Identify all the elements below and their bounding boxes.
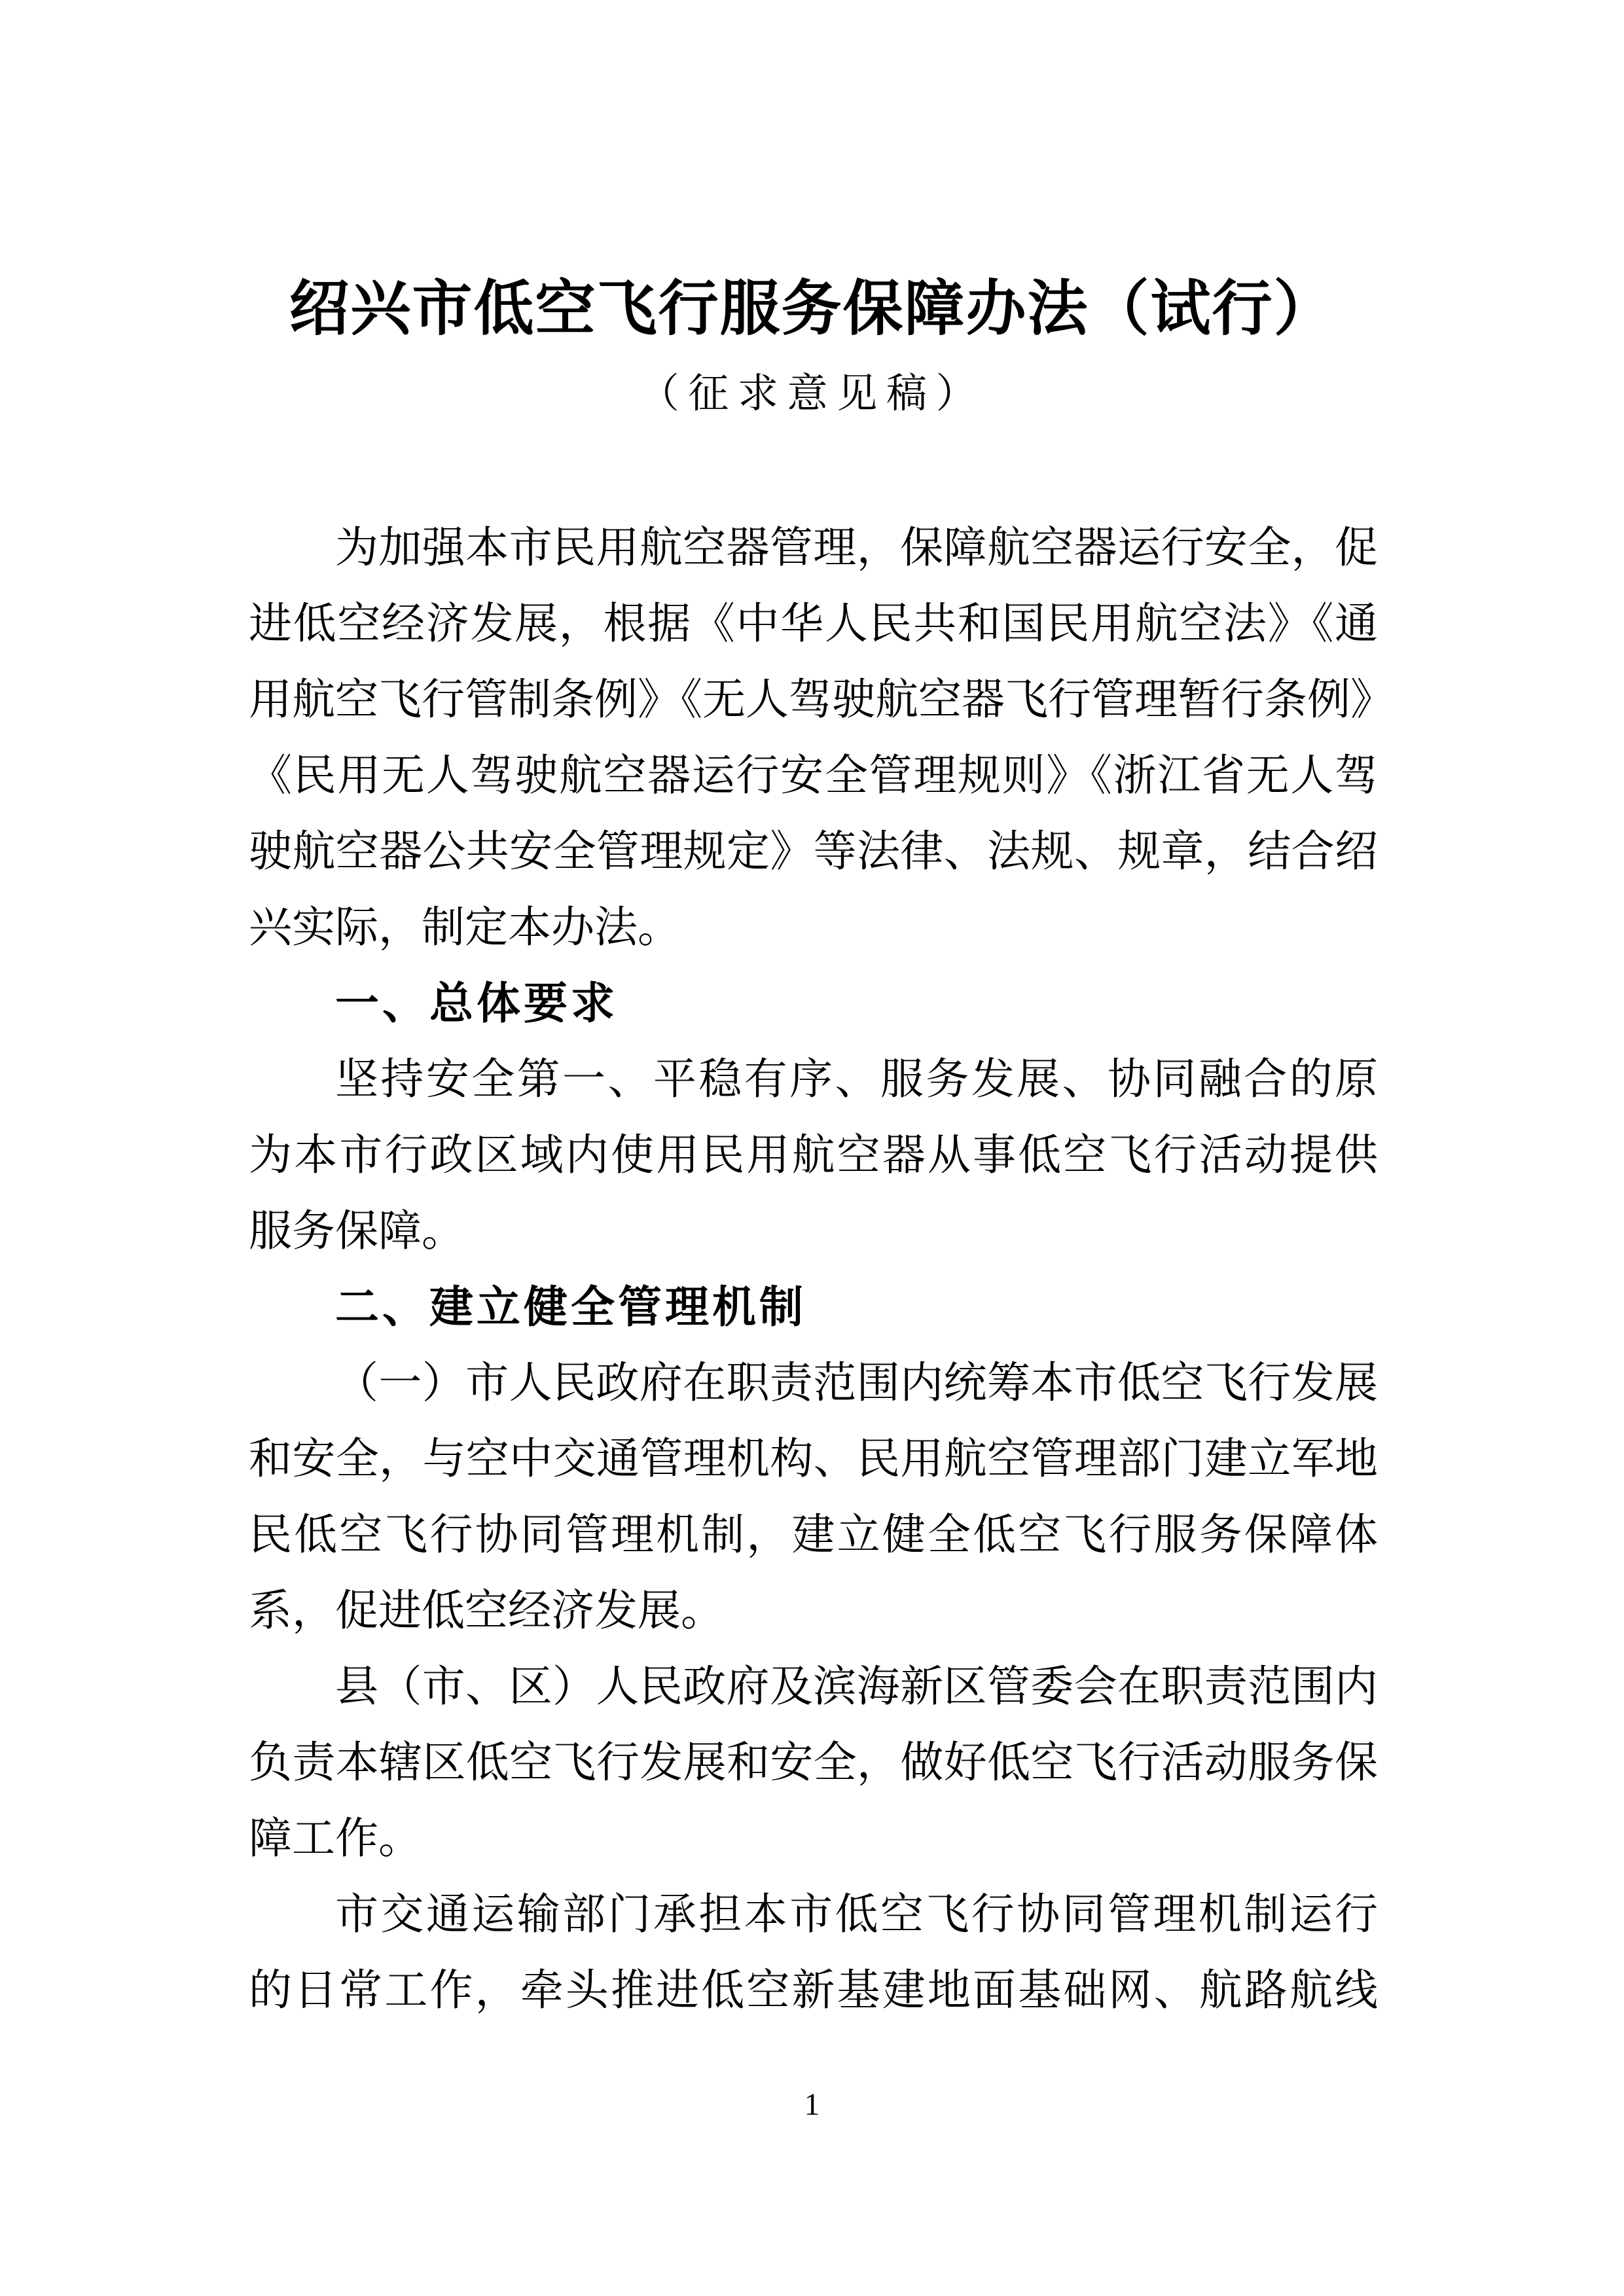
- document-title: 绍兴市低空飞行服务保障办法（试行）: [0, 270, 1624, 348]
- body-line: 的日常工作，牵头推进低空新基建地面基础网、航路航线网、: [249, 1953, 1378, 2029]
- body-line: 障工作。: [249, 1801, 1378, 1877]
- section-heading: 一、总体要求: [249, 966, 1378, 1042]
- body-line: 兴实际，制定本办法。: [249, 890, 1378, 966]
- document-body: 为加强本市民用航空器管理，保障航空器运行安全，促 进低空经济发展，根据《中华人民…: [249, 511, 1378, 2029]
- body-line: 和安全，与空中交通管理机构、民用航空管理部门建立军地: [249, 1422, 1378, 1498]
- body-line: 民低空飞行协同管理机制，建立健全低空飞行服务保障体: [249, 1498, 1378, 1573]
- body-line: 驶航空器公共安全管理规定》等法律、法规、规章，结合绍: [249, 814, 1378, 890]
- body-line: 进低空经济发展，根据《中华人民共和国民用航空法》《通: [249, 586, 1378, 662]
- body-line: 为本市行政区域内使用民用航空器从事低空飞行活动提供: [249, 1118, 1378, 1194]
- body-line: 为加强本市民用航空器管理，保障航空器运行安全，促: [249, 511, 1378, 586]
- body-line: 市交通运输部门承担本市低空飞行协同管理机制运行: [249, 1877, 1378, 1953]
- document-subtitle: （征求意见稿）: [0, 361, 1624, 427]
- body-line: 系，促进低空经济发展。: [249, 1573, 1378, 1649]
- body-line: 负责本辖区低空飞行发展和安全，做好低空飞行活动服务保: [249, 1725, 1378, 1801]
- document-page: 绍兴市低空飞行服务保障办法（试行） （征求意见稿） 为加强本市民用航空器管理，保…: [0, 0, 1624, 2296]
- body-line: 县（市、区）人民政府及滨海新区管委会在职责范围内: [249, 1649, 1378, 1725]
- body-line: （一）市人民政府在职责范围内统筹本市低空飞行发展: [249, 1346, 1378, 1422]
- body-line: 用航空飞行管制条例》《无人驾驶航空器飞行管理暂行条例》: [249, 662, 1378, 738]
- body-line: 服务保障。: [249, 1194, 1378, 1270]
- body-line: 坚持安全第一、平稳有序、服务发展、协同融合的原则，: [249, 1042, 1378, 1118]
- page-number: 1: [0, 2085, 1624, 2125]
- body-line: 《民用无人驾驶航空器运行安全管理规则》《浙江省无人驾: [249, 738, 1378, 814]
- section-heading: 二、建立健全管理机制: [249, 1270, 1378, 1346]
